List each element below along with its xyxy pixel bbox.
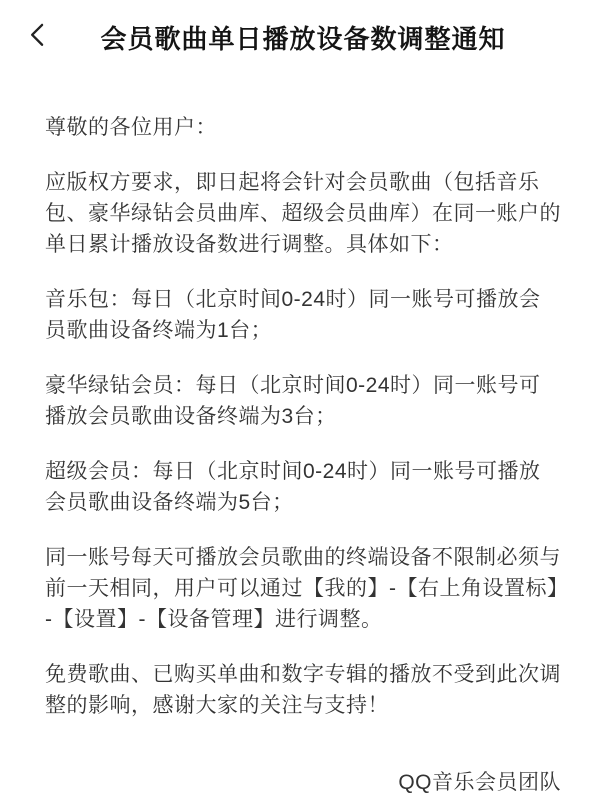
chevron-left-icon xyxy=(24,21,52,49)
notice-body: 尊敬的各位用户： 应版权方要求，即日起将会针对会员歌曲（包括音乐包、豪华绿钻会员… xyxy=(0,74,606,798)
signature: QQ音乐会员团队 xyxy=(45,767,561,798)
notice-paragraph-music-pack: 音乐包：每日（北京时间0-24时）同一账号可播放会员歌曲设备终端为1台； xyxy=(45,284,561,346)
notice-paragraph-super-vip: 超级会员：每日（北京时间0-24时）同一账号可播放会员歌曲设备终端为5台； xyxy=(45,456,561,518)
notice-paragraph-luxury-green-diamond: 豪华绿钻会员：每日（北京时间0-24时）同一账号可播放会员歌曲设备终端为3台； xyxy=(45,370,561,432)
notice-paragraph-free-songs: 免费歌曲、已购买单曲和数字专辑的播放不受到此次调整的影响，感谢大家的关注与支持！ xyxy=(45,659,561,721)
notice-paragraph-intro: 应版权方要求，即日起将会针对会员歌曲（包括音乐包、豪华绿钻会员曲库、超级会员曲库… xyxy=(45,167,561,260)
notice-paragraph-device-management: 同一账号每天可播放会员歌曲的终端设备不限制必须与前一天相同，用户可以通过【我的】… xyxy=(45,542,561,635)
page-title: 会员歌曲单日播放设备数调整通知 xyxy=(100,19,505,56)
back-button[interactable] xyxy=(20,17,56,53)
navbar: 会员歌曲单日播放设备数调整通知 xyxy=(0,0,606,74)
notice-paragraph-greeting: 尊敬的各位用户： xyxy=(45,112,561,143)
